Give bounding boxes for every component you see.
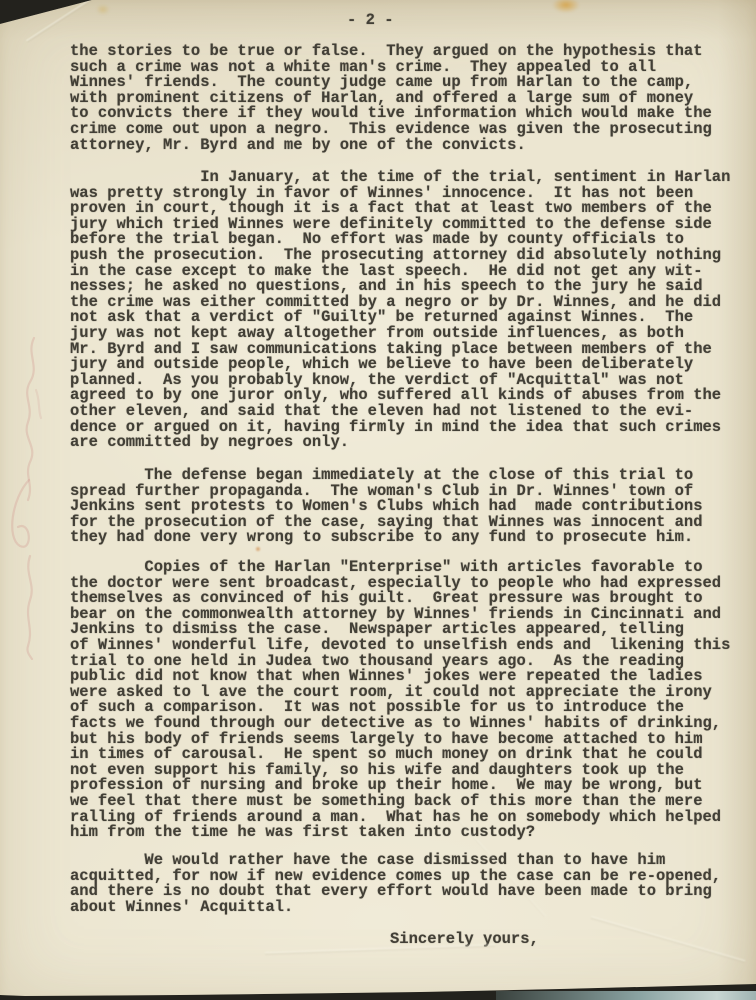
paper-stain xyxy=(255,546,261,552)
paper-stain xyxy=(96,4,110,15)
letter-page: - 2 - the stories to be true or false. T… xyxy=(0,0,756,1000)
paper-crease xyxy=(591,916,746,963)
page-number: - 2 - xyxy=(347,13,394,29)
letter-paragraph: We would rather have the case dismissed … xyxy=(70,853,721,915)
closing-salutation: Sincerely yours, xyxy=(390,932,539,948)
letter-paragraph: Copies of the Harlan "Enterprise" with a… xyxy=(70,560,730,841)
scanner-background-edge xyxy=(496,991,756,1000)
scanned-letter-page: { "page": { "number_label": "- 2 -", "cl… xyxy=(0,0,756,1000)
letter-paragraph: In January, at the time of the trial, se… xyxy=(70,170,730,451)
marginalia-handwriting xyxy=(0,330,46,660)
letter-paragraph: the stories to be true or false. They ar… xyxy=(70,44,712,153)
letter-paragraph: The defense began immediately at the clo… xyxy=(70,468,703,546)
paper-stain xyxy=(552,0,580,13)
